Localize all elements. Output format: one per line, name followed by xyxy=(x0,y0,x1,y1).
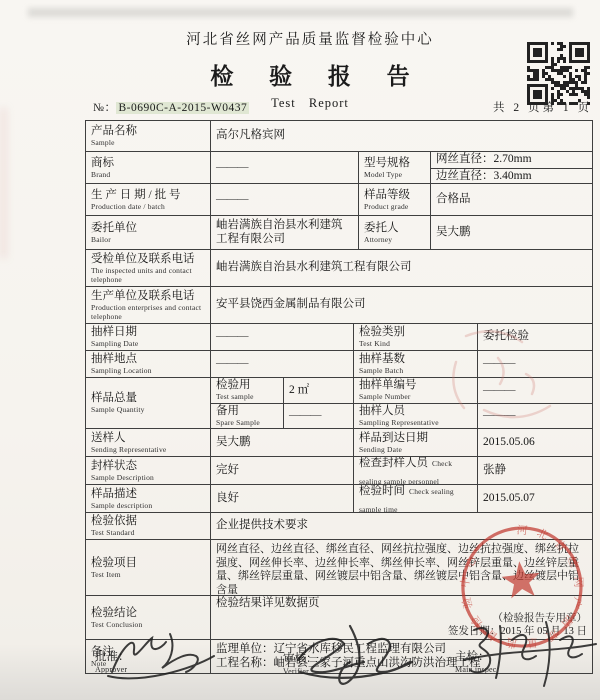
value-text: 吴大鹏 xyxy=(436,226,587,240)
label-zh: 产品名称 xyxy=(91,125,205,138)
sample-quantity-sublabels: 检验用Test sample 备用Spare Sample xyxy=(211,378,284,428)
approver-en: Approver xyxy=(95,665,130,674)
value-text: 安平县饶西金属制品有限公司 xyxy=(216,298,587,312)
table-row: 封样状态Sample Description 完好 检查封样人员 Check s… xyxy=(86,457,592,485)
value-test-kind: 委托检验 xyxy=(478,324,592,350)
value-text: ——— xyxy=(483,409,587,423)
label-zh: 生 产 日 期 / 批 号 xyxy=(91,189,205,202)
value-sample-batch: ——— xyxy=(478,351,592,377)
value-inspected-unit: 岫岩满族自治县水利建筑工程有限公司 xyxy=(211,250,592,286)
value-arrival-date: 2015.05.06 xyxy=(478,429,592,456)
table-row: 抽样日期Sampling Date ——— 检验类别Test Kind 委托检验 xyxy=(86,324,592,351)
verifier-en: Verifier xyxy=(283,667,318,676)
label-sampling-representative: 抽样人员Sampling Representative xyxy=(354,404,477,429)
main-inspector-label: 主检： Main inspec xyxy=(455,648,497,674)
value-text: 良好 xyxy=(216,492,348,506)
value-text: ——— xyxy=(483,357,587,371)
label-en: Model Type xyxy=(364,170,425,179)
label-inspected-unit: 受检单位及联系电话The inspected units and contact… xyxy=(86,250,211,286)
label-en: Sending Representative xyxy=(91,445,205,454)
value-production-unit: 安平县饶西金属制品有限公司 xyxy=(211,287,592,323)
value-text: 完好 xyxy=(216,464,348,478)
value-text: 2 ㎡ xyxy=(289,384,348,398)
value-test-sample: 2 ㎡ xyxy=(284,378,353,404)
label-en: The inspected units and contact telephon… xyxy=(91,266,205,284)
label-zh: 检验结论 xyxy=(91,607,205,620)
label-zh: 检验用 xyxy=(216,379,278,392)
conclusion-text: 检验结果详见数据页 xyxy=(216,597,587,611)
label-en: Brand xyxy=(91,170,205,179)
label-zh: 抽样地点 xyxy=(91,353,205,366)
label-bailor: 委托单位Bailor xyxy=(86,216,211,249)
label-en: Sampling Date xyxy=(91,339,205,348)
label-sample-quantity: 样品总量Sample Quantity xyxy=(86,378,211,428)
label-test-conclusion: 检验结论Test Conclusion xyxy=(86,596,211,639)
table-row: 检验结论Test Conclusion 检验结果详见数据页 （检验报告专用章） … xyxy=(86,596,592,640)
label-zh: 生产单位及联系电话 xyxy=(91,290,205,303)
value-text: ——— xyxy=(216,357,348,371)
label-zh: 检查封样人员 xyxy=(359,457,428,469)
value-text: 企业提供技术要求 xyxy=(216,519,587,533)
table-row: 产品名称Sample 高尔凡格宾网 xyxy=(86,121,592,152)
label-en: Sending Date xyxy=(359,445,472,454)
report-number-label: №： xyxy=(93,102,116,114)
value-sample: 高尔凡格宾网 xyxy=(211,121,592,151)
label-en: Test Standard xyxy=(91,528,205,537)
table-row: 抽样地点Sampling Location ——— 抽样基数Sample Bat… xyxy=(86,351,592,378)
value-note: 监理单位：辽宁省水库移民工程监理有限公司 工程名称：岫岩县三家子河重点山洪沟防洪… xyxy=(211,640,592,673)
value-sampling-representative: ——— xyxy=(478,404,592,429)
label-model-type: 型号规格Model Type xyxy=(359,152,431,183)
label-zh: 样品总量 xyxy=(91,392,205,405)
label-brand: 商标Brand xyxy=(86,152,211,183)
value-production-date: ——— xyxy=(211,184,359,215)
label-zh: 样品描述 xyxy=(91,488,205,501)
label-product-grade: 样品等级Product grade xyxy=(359,184,431,215)
value-text: 2015.05.06 xyxy=(483,436,587,450)
label-en: Sample Number xyxy=(359,392,472,401)
test-report-page: 河北省丝网产品质量监督检验中心 检 验 报 告 Test Report №：B-… xyxy=(0,0,600,700)
label-en: Production date / batch xyxy=(91,202,205,211)
label-zh: 抽样人员 xyxy=(359,405,472,418)
value-text: 委托检验 xyxy=(483,330,587,344)
note-line-1: 监理单位：辽宁省水库移民工程监理有限公司 xyxy=(216,643,587,657)
label-zh: 送样人 xyxy=(91,432,205,445)
value-text: 高尔凡格宾网 xyxy=(216,129,587,143)
value-text: ——— xyxy=(289,409,348,423)
value-test-item: 网丝直径、边丝直径、绑丝直径、网丝抗拉强度、边丝抗拉强度、绑丝抗拉强度、网丝伸长… xyxy=(211,540,592,595)
label-spare-sample: 备用Spare Sample xyxy=(211,404,283,429)
label-test-item: 检验项目Test Item xyxy=(86,540,211,595)
table-row: 样品总量Sample Quantity 检验用Test sample 备用Spa… xyxy=(86,378,592,429)
label-zh: 样品到达日期 xyxy=(359,432,472,445)
label-en: Attorney xyxy=(364,235,425,244)
value-attorney: 吴大鹏 xyxy=(431,216,592,249)
value-sampling-date: ——— xyxy=(211,324,354,350)
label-attorney: 委托人Attorney xyxy=(359,216,431,249)
value-text: 2015.05.07 xyxy=(483,492,587,506)
value-bailor: 岫岩满族自治县水利建筑工程有限公司 xyxy=(211,216,359,249)
table-row: 备注Note 监理单位：辽宁省水库移民工程监理有限公司 工程名称：岫岩县三家子河… xyxy=(86,640,592,673)
wire-diameter: 网丝直径：2.70mm xyxy=(431,152,592,169)
label-zh: 检验项目 xyxy=(91,557,205,570)
label-sending-representative: 送样人Sending Representative xyxy=(86,429,211,456)
report-number: №：B-0690C-A-2015-W0437 xyxy=(93,99,249,115)
value-text: ——— xyxy=(216,193,353,207)
label-zh: 抽样日期 xyxy=(91,326,205,339)
label-en: Sample Quantity xyxy=(91,405,205,414)
label-sample-batch: 抽样基数Sample Batch xyxy=(354,351,478,377)
value-sampling-location: ——— xyxy=(211,351,354,377)
value-product-grade: 合格品 xyxy=(431,184,592,215)
label-sample-description: 样品描述Sample description xyxy=(86,485,211,512)
value-text: ——— xyxy=(483,384,587,398)
value-spare-sample: ——— xyxy=(284,404,353,429)
table-row: 样品描述Sample description 良好 检验时间 Check sea… xyxy=(86,485,592,513)
value-text: 吴大鹏 xyxy=(216,436,348,450)
label-en: Sample Description xyxy=(91,473,205,482)
scan-artifact-band xyxy=(28,8,573,17)
table-row: 委托单位Bailor 岫岩满族自治县水利建筑工程有限公司 委托人Attorney… xyxy=(86,216,592,250)
note-line-2: 工程名称：岫岩县三家子河重点山洪沟防洪治理工程 xyxy=(216,657,587,671)
value-text: ——— xyxy=(216,161,353,175)
value-sample-description: 良好 xyxy=(211,485,354,512)
value-test-conclusion: 检验结果详见数据页 （检验报告专用章） 签发日期：2015 年 05 月 13 … xyxy=(211,596,592,639)
label-sampling-location: 抽样地点Sampling Location xyxy=(86,351,211,377)
label-en: Test Kind xyxy=(359,339,472,348)
label-en: Sampling Location xyxy=(91,366,205,375)
seal-note: （检验报告专用章） xyxy=(216,612,587,625)
table-row: 检验依据Test Standard 企业提供技术要求 xyxy=(86,513,592,540)
value-text: 岫岩满族自治县水利建筑工程有限公司 xyxy=(216,219,353,246)
table-row: 生产单位及联系电话Production enterprises and cont… xyxy=(86,287,592,324)
verifier-label: 审核： Verifier xyxy=(283,650,318,676)
value-text: 张静 xyxy=(483,464,587,478)
label-en: Spare Sample xyxy=(216,418,278,427)
label-sample-number: 抽样单编号Sample Number xyxy=(354,378,477,404)
label-test-sample: 检验用Test sample xyxy=(211,378,283,404)
label-zh: 封样状态 xyxy=(91,460,205,473)
label-en: Test sample xyxy=(216,392,278,401)
issue-date: 签发日期：2015 年 05 月 13 日 xyxy=(216,625,587,638)
value-text: 网丝直径：2.70mm xyxy=(436,153,587,167)
table-row: 受检单位及联系电话The inspected units and contact… xyxy=(86,250,592,287)
value-test-standard: 企业提供技术要求 xyxy=(211,513,592,539)
label-en: Production enterprises and contact telep… xyxy=(91,303,205,321)
label-en: Test Item xyxy=(91,570,205,579)
label-zh: 检验依据 xyxy=(91,515,205,528)
value-model-type: 网丝直径：2.70mm 边丝直径：3.40mm xyxy=(431,152,592,183)
label-zh: 抽样单编号 xyxy=(359,379,472,392)
label-production-date: 生 产 日 期 / 批 号Production date / batch xyxy=(86,184,211,215)
value-sending-representative: 吴大鹏 xyxy=(211,429,354,456)
label-check-sealing-personnel: 检查封样人员 Check sealing sample personnel xyxy=(354,457,478,484)
value-sealing-state: 完好 xyxy=(211,457,354,484)
value-text: 岫岩满族自治县水利建筑工程有限公司 xyxy=(216,261,587,275)
label-zh: 样品等级 xyxy=(364,189,425,202)
value-brand: ——— xyxy=(211,152,359,183)
label-en: Bailor xyxy=(91,235,205,244)
value-text: ——— xyxy=(216,330,348,344)
approver-label: 批准： Approver xyxy=(95,648,130,674)
label-zh: 委托人 xyxy=(364,222,425,235)
label-en: Sample Batch xyxy=(359,366,472,375)
label-en: Product grade xyxy=(364,202,425,211)
label-test-time: 检验时间 Check sealing sample time xyxy=(354,485,478,512)
label-zh: 委托单位 xyxy=(91,222,205,235)
report-table: 产品名称Sample 高尔凡格宾网 商标Brand ——— 型号规格Model … xyxy=(85,120,593,674)
value-test-time: 2015.05.07 xyxy=(478,485,592,512)
main-inspector-zh: 主检： xyxy=(455,651,490,663)
value-text: 合格品 xyxy=(436,193,587,207)
label-test-kind: 检验类别Test Kind xyxy=(354,324,478,350)
label-test-standard: 检验依据Test Standard xyxy=(86,513,211,539)
report-title: 检 验 报 告 xyxy=(50,58,570,91)
table-row: 生 产 日 期 / 批 号Production date / batch ———… xyxy=(86,184,592,216)
table-row: 商标Brand ——— 型号规格Model Type 网丝直径：2.70mm 边… xyxy=(86,152,592,184)
label-en: Test Conclusion xyxy=(91,620,205,629)
scan-smudge xyxy=(0,108,7,258)
page-count: 共 2 页第 1 页 xyxy=(493,99,592,115)
value-sample-number: ——— xyxy=(478,378,592,404)
label-zh: 备用 xyxy=(216,405,278,418)
label-production-unit: 生产单位及联系电话Production enterprises and cont… xyxy=(86,287,211,323)
label-zh: 型号规格 xyxy=(364,157,425,170)
label-zh: 抽样基数 xyxy=(359,353,472,366)
label-arrival-date: 样品到达日期Sending Date xyxy=(354,429,478,456)
sampling-ref-values: ——— ——— xyxy=(478,378,592,428)
label-zh: 检验时间 xyxy=(359,485,405,497)
label-sample: 产品名称Sample xyxy=(86,121,211,151)
value-check-sealing-personnel: 张静 xyxy=(478,457,592,484)
label-en: Sample xyxy=(91,138,205,147)
sample-quantity-subvalues: 2 ㎡ ——— xyxy=(284,378,354,428)
label-sealing-state: 封样状态Sample Description xyxy=(86,457,211,484)
value-text: 边丝直径：3.40mm xyxy=(436,170,587,184)
label-en: Sample description xyxy=(91,501,205,510)
table-row: 检验项目Test Item 网丝直径、边丝直径、绑丝直径、网丝抗拉强度、边丝抗拉… xyxy=(86,540,592,596)
label-zh: 受检单位及联系电话 xyxy=(91,253,205,266)
edge-wire-diameter: 边丝直径：3.40mm xyxy=(431,169,592,184)
label-zh: 商标 xyxy=(91,157,205,170)
label-zh: 检验类别 xyxy=(359,326,472,339)
verifier-zh: 审核： xyxy=(283,653,318,665)
label-sampling-date: 抽样日期Sampling Date xyxy=(86,324,211,350)
table-row: 送样人Sending Representative 吴大鹏 样品到达日期Send… xyxy=(86,429,592,457)
sampling-ref-labels: 抽样单编号Sample Number 抽样人员Sampling Represen… xyxy=(354,378,478,428)
label-en: Sampling Representative xyxy=(359,418,472,427)
organization-name: 河北省丝网产品质量监督检验中心 xyxy=(50,28,570,49)
main-inspector-en: Main inspec xyxy=(455,665,497,674)
approver-zh: 批准： xyxy=(95,651,130,663)
report-number-value: B-0690C-A-2015-W0437 xyxy=(116,102,249,114)
test-items-text: 网丝直径、边丝直径、绑丝直径、网丝抗拉强度、边丝抗拉强度、绑丝抗拉强度、网丝伸长… xyxy=(216,541,587,595)
